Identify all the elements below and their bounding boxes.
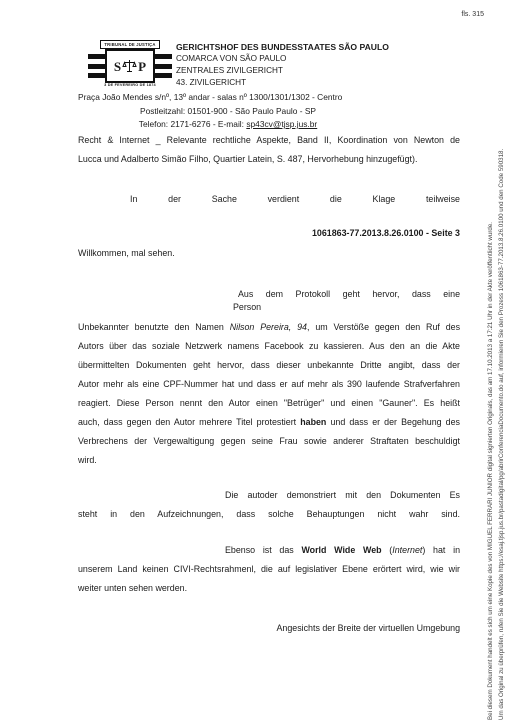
body-line: Person bbox=[233, 301, 460, 314]
citation-line: Lucca und Adalberto Simão Filho, Quartie… bbox=[78, 150, 460, 169]
court-name: GERICHTSHOF DES BUNDESSTAATES SÃO PAULO bbox=[176, 41, 389, 53]
court-comarca: COMARCA VON SÃO PAULO bbox=[176, 53, 389, 65]
italic-term: Internet bbox=[392, 545, 422, 555]
seal-date: 3 DE FEVEREIRO DE 1874 bbox=[88, 83, 172, 87]
seal-letter-s: S bbox=[114, 60, 121, 73]
body-text: und dass er der Begehung des bbox=[326, 417, 460, 427]
citation-line: Recht & Internet _ Relevante rechtliche … bbox=[78, 131, 460, 150]
body-line: weiter unten sehen werden. bbox=[78, 579, 460, 598]
cited-name-italic: Nilson Pereira, 94 bbox=[230, 322, 307, 332]
body-line: Die autoder demonstriert mit den Dokumen… bbox=[225, 486, 460, 505]
body-line: Aus dem Protokoll geht hervor, dass eine bbox=[238, 288, 460, 301]
body-line: steht in den Aufzeichnungen, dass solche… bbox=[78, 505, 460, 524]
body-line: wird. bbox=[78, 451, 460, 470]
folio-number: fls. 315 bbox=[436, 11, 484, 18]
document-body: Recht & Internet _ Relevante rechtliche … bbox=[78, 131, 460, 638]
court-forum: ZENTRALES ZIVILGERICHT bbox=[176, 65, 389, 77]
body-text: Ebenso ist das bbox=[225, 545, 301, 555]
body-line: Autors über das soziale Netzwerk namens … bbox=[78, 337, 460, 356]
seal-stripes-left bbox=[88, 54, 105, 78]
body-line: unserem Land keinen CIVI-Rechtsrahmenl, … bbox=[78, 560, 460, 579]
tjsp-seal: TRIBUNAL DE JUSTIÇA S P 3 DE FEVEREIR bbox=[88, 40, 172, 87]
body-text: ( bbox=[382, 545, 393, 555]
verification-note-line: Um das Original zu überprüfen, rufen Sie… bbox=[497, 0, 508, 720]
emphasized-phrase: World Wide Web bbox=[301, 545, 381, 555]
body-text: ) hat in bbox=[422, 545, 460, 555]
body-text: auch, dass gegen den Autor mehrere Titel… bbox=[78, 417, 300, 427]
court-email-link[interactable]: sp43cv@tjsp.jus.br bbox=[246, 119, 317, 129]
body-line: reagiert. Diese Person nennt den Autor e… bbox=[78, 394, 460, 413]
court-address-block: Praça João Mendes s/nº, 13º andar - sala… bbox=[78, 91, 378, 132]
scales-of-justice-icon bbox=[122, 58, 137, 75]
emphasized-word: haben bbox=[300, 417, 326, 427]
seal-middle-band: S P bbox=[88, 50, 172, 82]
signature-note-line: Bei diesem Dokument handelt es sich um e… bbox=[486, 0, 497, 720]
body-line: Angesichts der Breite der virtuellen Umg… bbox=[78, 619, 460, 638]
seal-title: TRIBUNAL DE JUSTIÇA bbox=[100, 40, 160, 49]
body-line: Verbrechens der Vergewaltigung gegen sei… bbox=[78, 432, 460, 451]
case-number-page-ref: 1061863-77.2013.8.26.0100 - Seite 3 bbox=[78, 224, 460, 243]
seal-letter-p: P bbox=[138, 60, 146, 73]
digital-signature-margin-note: Bei diesem Dokument handelt es sich um e… bbox=[486, 0, 510, 720]
body-line: Ebenso ist das World Wide Web (Internet)… bbox=[225, 541, 460, 560]
court-vara: 43. ZIVILGERICHT bbox=[176, 77, 389, 89]
body-line: Willkommen, mal sehen. bbox=[78, 244, 460, 263]
body-line: auch, dass gegen den Autor mehrere Titel… bbox=[78, 413, 460, 432]
court-name-block: GERICHTSHOF DES BUNDESSTAATES SÃO PAULO … bbox=[176, 41, 389, 89]
body-line: übermittelten Dokumenten geht hervor, da… bbox=[78, 356, 460, 375]
document-page: fls. 315 TRIBUNAL DE JUSTIÇA S P bbox=[0, 0, 512, 720]
postal-code-line: Postleitzahl: 01501-900 - São Paulo Paul… bbox=[78, 105, 378, 119]
body-line: Unbekannter benutzte den Namen Nilson Pe… bbox=[78, 318, 460, 337]
body-text: Unbekannter benutzte den Namen bbox=[78, 322, 230, 332]
body-text: , um Verstöße gegen den Ruf des bbox=[307, 322, 460, 332]
body-line: Autor mehr als eine CPF-Nummer hat und d… bbox=[78, 375, 460, 394]
phone-label: Telefon: 2171-6276 - E-mail: bbox=[139, 119, 247, 129]
seal-stripes-right bbox=[155, 54, 172, 78]
contact-line: Telefon: 2171-6276 - E-mail: sp43cv@tjsp… bbox=[78, 118, 378, 132]
seal-monogram: S P bbox=[105, 49, 155, 83]
ruling-intro-line: In der Sache verdient die Klage teilweis… bbox=[130, 190, 460, 209]
address-line: Praça João Mendes s/nº, 13º andar - sala… bbox=[78, 91, 378, 105]
